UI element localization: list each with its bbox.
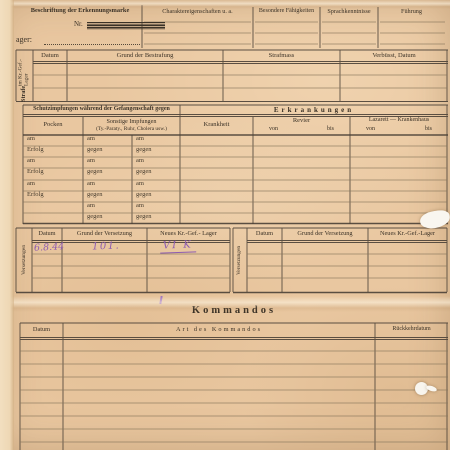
von-label: von [366,126,375,132]
pow-record-card: Beschriftung der Erkennungsmarke Nr. age… [0,0,450,450]
cell: gegen [132,213,180,224]
cell: gegen [83,213,132,224]
side-label-line: Strafe [21,86,28,102]
cell: am [83,135,132,146]
cell: Erfolg [23,168,83,179]
punishments-side-label: Strafe im Kr.-Gef.-Lager [16,50,33,102]
handwritten-transfer-newcamp: VI K [160,239,196,253]
table-row: Erfolg gegen gegen [23,146,448,157]
punishments-header-strafmass: Strafmass [223,52,340,59]
bis-label: bis [327,126,334,132]
illnesses-revier-vonbis: von bis [253,126,350,132]
punishments-header-datum: Datum [33,52,67,59]
cell: Erfolg [23,146,83,157]
cell: Erfolg [23,191,83,202]
cell: am [83,180,132,191]
id-number-label: Nr. [74,20,83,28]
illnesses-lazarett-vonbis: von bis [350,126,448,132]
lager-dotted-line [44,37,140,45]
cell: am [132,135,180,146]
punishments-header-grund: Grund der Bestrafung [67,52,223,59]
cell: gegen [83,168,132,179]
transfers-right-header-lager: Neues Kr.-Gef.-Lager [368,230,447,237]
transfers-side-label-right: Versetzungen [233,228,247,292]
cell: gegen [132,191,180,202]
vaccinations-header-sonstige: Sonstige Impfungen [83,118,180,125]
cell: am [23,135,83,146]
cell: am [83,157,132,168]
cell [23,213,83,224]
table-row: Erfolg gegen gegen [23,168,448,179]
transfers-right-header-grund: Grund der Versetzung [282,230,368,237]
table-row: am am [23,202,448,213]
cell [23,202,83,213]
kommandos-title: Kommandos [20,305,448,316]
handwritten-transfer-date: 6.8.44 [34,241,65,254]
vaccinations-title: Schutzimpfungen während der Gefangenscha… [23,106,180,112]
lager-label: ager: [16,35,32,44]
form-grid-lines [0,0,450,450]
illnesses-header-lazarett: Lazarett — Krankenhaus [350,117,448,123]
col-header-abilities: Besondere Fähigkeiten [253,8,320,14]
von-label: von [269,126,278,132]
kommandos-header-rueckkehr: Rückkehrdatum [375,326,448,332]
cell: am [83,202,132,213]
col-header-conduct: Führung [378,8,445,15]
cell: am [132,180,180,191]
punishments-header-verbuesst: Verbüsst, Datum [340,52,448,59]
handwritten-transfer-reason: 101. [92,241,121,253]
transfers-header-lager: Neues Kr.-Gef.- Lager [147,230,230,237]
table-row: am am am [23,180,448,191]
side-label-line: im Kr.-Gef.-Lager [19,50,31,86]
vaccinations-header-pocken: Pocken [23,121,83,128]
illnesses-header-krankheit: Krankheit [180,121,253,128]
transfers-side-label-left: Versetzungen [16,228,32,292]
transfers-header-datum: Datum [32,230,62,237]
bis-label: bis [425,126,432,132]
cell: gegen [83,191,132,202]
cell: gegen [132,146,180,157]
col-header-characteristics: Charaktereigenschaften u. a. [142,8,253,15]
col-header-languages: Sprachkenntnisse [320,8,378,15]
id-number-scribble [87,22,165,30]
kommandos-header-datum: Datum [20,326,63,333]
kommandos-header-art: Art des Kommandos [63,326,375,333]
cell: am [132,202,180,213]
table-row: Erfolg gegen gegen [23,191,448,202]
vaccination-rows: am am am Erfolg gegen gegen am am am Erf… [23,135,448,224]
cell: am [23,157,83,168]
cell: gegen [83,146,132,157]
vaccinations-header-sonstige-detail: (Ty.-Paraty., Ruhr, Cholera usw.) [83,126,180,132]
id-block-title: Beschriftung der Erkennungsmarke [20,7,140,14]
transfers-right-header-datum: Datum [247,230,282,237]
paper-left-edge [0,0,14,450]
cell: am [23,180,83,191]
table-row: am am am [23,157,448,168]
transfers-header-grund: Grund der Versetzung [62,230,147,237]
illnesses-title: Erkrankungen [180,106,448,114]
cell: am [132,157,180,168]
table-row: am am am [23,135,448,146]
table-row: gegen gegen [23,213,448,224]
illnesses-header-revier: Revier [253,117,350,124]
cell: gegen [132,168,180,179]
